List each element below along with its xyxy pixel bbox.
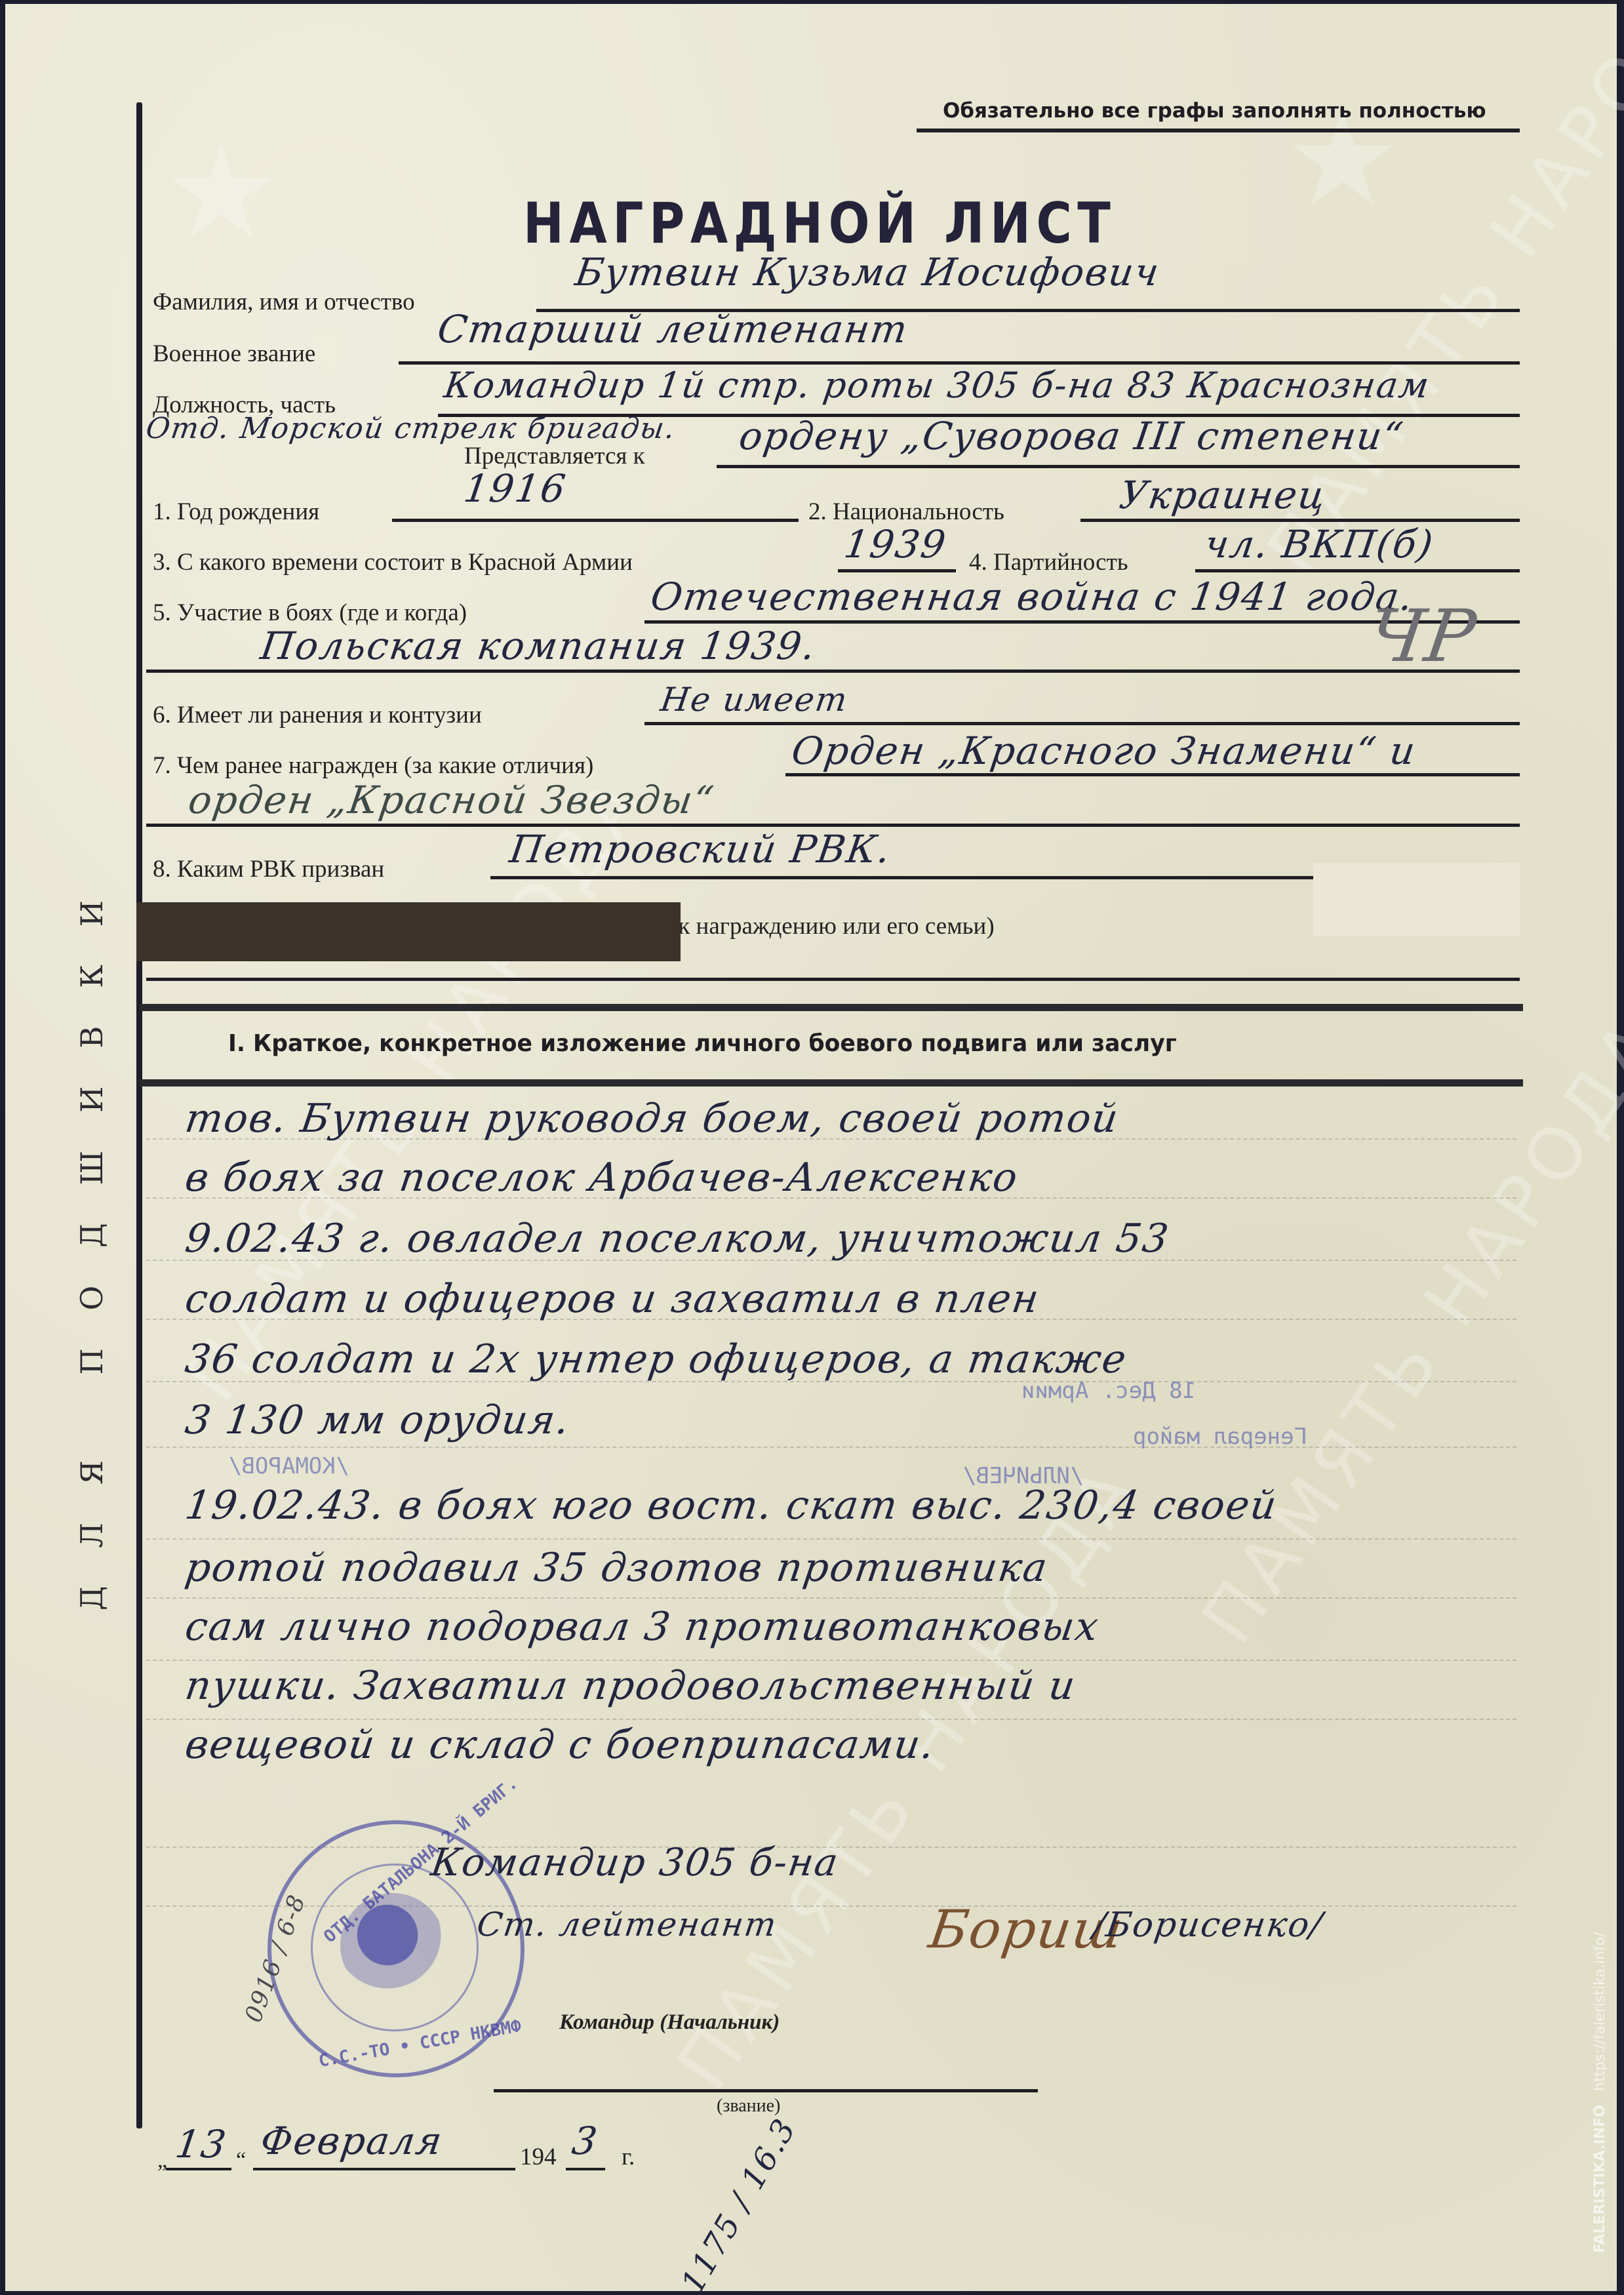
birth-year-value[interactable]: 1916 (461, 466, 569, 511)
battles-value-continued[interactable]: Польская компания 1939. (258, 624, 819, 668)
rvk-value[interactable]: Петровский РВК. (507, 827, 894, 871)
registration-note: 1175 / 16.3 (674, 2112, 803, 2295)
signer-rank: Ст. лейтенант (475, 1906, 780, 1944)
wounds-label: 6. Имеет ли ранения и контузии (153, 701, 482, 729)
narrative-line: пушки. Захватил продовольственный и (182, 1663, 1079, 1709)
date-month[interactable]: Февраля (258, 2119, 446, 2163)
notice-underline (917, 129, 1520, 132)
prior-awards-value-continued[interactable]: орден „Красной Звезды“ (186, 778, 717, 822)
birth-year-rule (392, 519, 799, 522)
army-since-label: 3. С какого времени состоит в Красной Ар… (153, 548, 633, 576)
binding-margin-label: ДЛЯ ПОДШИВКИ (74, 496, 133, 1610)
narrative-line: тов. Бутвин руководя боем, своей ротой (182, 1096, 1122, 1142)
document-title: НАГРАДНОЙ ЛИСТ (523, 191, 1116, 256)
narrative-line: сам лично подорвал 3 противотанковых (182, 1604, 1102, 1650)
site-url: https://faleristika.info/ (1592, 1932, 1608, 2091)
narrative-line: 3 130 мм орудия. (182, 1397, 573, 1443)
date-month-rule (253, 2168, 515, 2170)
award-sheet-page: ★ ★ ПАМЯТЬ НАРОДА ПАМЯТЬ НАРОДА ПАМЯТЬ Н… (5, 4, 1617, 2291)
full-name-label: Фамилия, имя и отчество (153, 288, 415, 316)
army-since-value[interactable]: 1939 (841, 522, 949, 567)
guide-line (146, 1597, 1516, 1600)
rvk-label: 8. Каким РВК призван (153, 855, 384, 883)
position-value[interactable]: Командир 1й стр. роты 305 б-на 83 Красно… (442, 365, 1433, 406)
wounds-rule (644, 722, 1520, 725)
nationality-value[interactable]: Украинец (1117, 473, 1329, 517)
position-value-continued[interactable]: Отд. Морской стрелк бригады. (144, 412, 678, 445)
party-value[interactable]: чл. ВКП(б) (1202, 522, 1436, 567)
binding-margin-rule (136, 102, 142, 2128)
narrative-line: солдат и офицеров и захватил в плен (182, 1276, 1042, 1322)
full-name-value[interactable]: Бутвин Кузьма Иосифович (572, 250, 1162, 294)
signer-name: /Борисенко/ (1091, 1906, 1326, 1945)
narrative-line: ротой подавил 35 дзотов противника (182, 1545, 1051, 1591)
date-day-rule (166, 2168, 231, 2170)
date-close-quote: “ (236, 2148, 246, 2173)
fill-all-fields-notice: Обязательно все графы заполнять полность… (943, 99, 1486, 123)
rank-value[interactable]: Старший лейтенант (435, 307, 911, 351)
wounds-value[interactable]: Не имеет (658, 681, 850, 719)
prior-awards-rule (785, 773, 1520, 776)
nominated-for-value[interactable]: ордену „Суворова III степени“ (736, 414, 1406, 458)
redaction-block-light (1313, 863, 1520, 936)
prior-awards-label: 7. Чем ранее награжден (за какие отличия… (153, 751, 593, 780)
date-year-prefix: 194 (520, 2143, 557, 2171)
typed-overlay-rank: Генерал майор (1133, 1424, 1307, 1450)
battles-label: 5. Участие в боях (где и когда) (153, 599, 467, 627)
rank-label: Военное звание (153, 340, 315, 368)
narrative-line: в боях за поселок Арбачев-Алексенко (182, 1155, 1021, 1201)
source-site-mark: FALERISTIKA.INFO https://faleristika.inf… (1592, 1932, 1608, 2253)
commander-caption: Командир (Начальник) (559, 2010, 780, 2035)
battles-value[interactable]: Отечественная война с 1941 года. (648, 574, 1416, 619)
date-day[interactable]: 13 (172, 2122, 229, 2166)
narrative-line: вещевой и склад с боеприпасами. (182, 1722, 938, 1768)
birth-year-label: 1. Год рождения (153, 498, 319, 526)
nominated-for-rule (717, 465, 1520, 468)
guide-line (146, 1447, 1516, 1449)
battles-rule-2 (146, 669, 1520, 673)
date-year-rule (566, 2168, 605, 2170)
guide-line (146, 1660, 1516, 1662)
signer-position: Командир 305 б-на (428, 1840, 842, 1885)
watermark-text: ПАМЯТЬ НАРОДА (1185, 1001, 1624, 1658)
date-year-unit: г. (622, 2143, 635, 2171)
prior-awards-value[interactable]: Орден „Красного Знамени“ и (789, 728, 1419, 773)
typed-overlay-name-1: /КОМАРОВ/ (228, 1453, 349, 1479)
guide-line (146, 1538, 1516, 1541)
pencil-annotation: ЧР (1363, 594, 1482, 678)
narrative-line: 9.02.43 г. овладел поселком, уничтожил 5… (182, 1216, 1172, 1262)
watermark-star-icon: ★ (163, 115, 280, 268)
section-heading: I. Краткое, конкретное изложение личного… (228, 1030, 1177, 1057)
redaction-block (136, 902, 681, 961)
site-brand: FALERISTIKA.INFO (1592, 2105, 1608, 2253)
army-since-rule (838, 569, 956, 572)
date-year-suffix[interactable]: 3 (569, 2119, 601, 2163)
section-bottom-rule (140, 1079, 1523, 1087)
narrative-line: 19.02.43. в боях юго вост. скат выс. 230… (182, 1483, 1280, 1528)
party-label: 4. Партийность (969, 548, 1128, 576)
rank-signature-rule (494, 2089, 1038, 2092)
narrative-line: 36 солдат и 2х унтер офицеров, а также (182, 1336, 1130, 1382)
party-rule (1195, 569, 1520, 572)
guide-line (146, 1719, 1516, 1721)
section-top-rule (140, 1004, 1523, 1011)
address-rule (146, 978, 1520, 981)
